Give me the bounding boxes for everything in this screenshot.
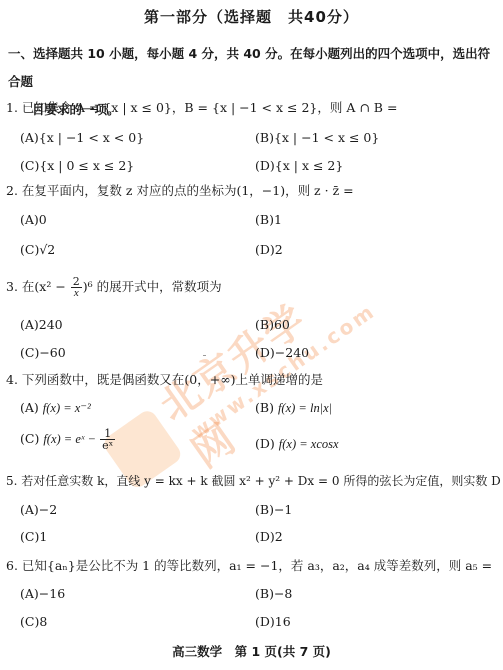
option-text: {x | 0 ≤ x ≤ 2} [39, 158, 134, 173]
option-text: f(x) = ln|x| [278, 401, 332, 415]
option-3b[interactable]: (B)60 [255, 315, 290, 335]
option-text: 240 [39, 317, 63, 332]
option-4b[interactable]: (B) f(x) = ln|x| [255, 398, 332, 418]
question-2: 2. 在复平面内，复数 z 对应的点的坐标为(1，−1)，则 z · z̄ = [6, 180, 501, 202]
option-2a[interactable]: (A)0 [20, 210, 47, 230]
option-label: (B) [255, 586, 274, 601]
fraction: 2x [71, 276, 82, 299]
option-text: −1 [274, 502, 292, 517]
question-stem-suffix: )⁶ 的展开式中，常数项为 [83, 279, 222, 294]
page-footer: 高三数学 第 1 页(共 7 页) [0, 642, 503, 660]
question-stem: 若对任意实数 k，直线 y = kx + k 截圆 x² + y² + Dx =… [21, 474, 503, 488]
option-5c[interactable]: (C)1 [20, 527, 47, 547]
option-2c[interactable]: (C)√2 [20, 240, 55, 260]
option-label: (A) [20, 400, 39, 415]
option-label: (A) [20, 586, 39, 601]
question-stem: 已知{aₙ}是公比不为 1 的等比数列，a₁ = −1，若 a₃，a₂，a₄ 成… [22, 558, 492, 573]
option-5d[interactable]: (D)2 [255, 527, 283, 547]
option-6d[interactable]: (D)16 [255, 612, 291, 632]
option-label: (C) [20, 242, 39, 257]
question-3: 3. 在(x² − 2x)⁶ 的展开式中，常数项为 [6, 272, 501, 302]
question-1: 1. 已知集合 A = {x | x ≤ 0}，B = {x | −1 < x … [6, 97, 501, 119]
option-4a[interactable]: (A) f(x) = x⁻² [20, 398, 91, 418]
option-6c[interactable]: (C)8 [20, 612, 47, 632]
option-label: (C) [20, 345, 39, 360]
question-4: 4. 下列函数中，既是偶函数又在(0，+∞)上单调递增的是 [6, 369, 501, 391]
option-text: −8 [274, 586, 292, 601]
option-1b[interactable]: (B){x | −1 < x ≤ 0} [255, 128, 379, 148]
question-number: 2. [6, 183, 18, 198]
option-1d[interactable]: (D){x | x ≤ 2} [255, 156, 343, 176]
option-text: 16 [275, 614, 291, 629]
section-title: 第一部分（选择题 共40分） [0, 6, 503, 27]
fraction-denominator: x [71, 288, 82, 299]
question-stem: 已知集合 A = {x | x ≤ 0}，B = {x | −1 < x ≤ 2… [22, 100, 398, 115]
option-3a[interactable]: (A)240 [20, 315, 63, 335]
option-label: (C) [20, 614, 39, 629]
option-label: (D) [255, 158, 275, 173]
option-1a[interactable]: (A){x | −1 < x < 0} [20, 128, 144, 148]
option-label: (B) [255, 130, 274, 145]
question-stem-prefix: 在(x² − [22, 279, 70, 294]
option-text: {x | −1 < x < 0} [39, 130, 144, 145]
option-text: 1 [274, 212, 282, 227]
option-label: (A) [20, 317, 39, 332]
option-5b[interactable]: (B)−1 [255, 500, 292, 520]
question-stem: 下列函数中，既是偶函数又在(0，+∞)上单调递增的是 [22, 372, 323, 387]
question-number: 4. [6, 372, 18, 387]
question-stem: 在复平面内，复数 z 对应的点的坐标为(1，−1)，则 z · z̄ = [22, 183, 354, 198]
option-text: f(x) = x⁻² [43, 401, 91, 415]
option-text: 0 [39, 212, 47, 227]
option-label: (D) [255, 436, 275, 451]
option-label: (B) [255, 400, 274, 415]
option-text: {x | −1 < x ≤ 0} [274, 130, 379, 145]
option-text: {x | x ≤ 2} [275, 158, 344, 173]
question-number: 5. [6, 474, 17, 488]
option-label: (C) [20, 529, 39, 544]
option-text: f(x) = eˣ − [43, 432, 99, 446]
option-label: (C) [20, 158, 39, 173]
option-6a[interactable]: (A)−16 [20, 584, 65, 604]
option-label: (B) [255, 317, 274, 332]
option-5a[interactable]: (A)−2 [20, 500, 57, 520]
option-6b[interactable]: (B)−8 [255, 584, 292, 604]
option-1c[interactable]: (C){x | 0 ≤ x ≤ 2} [20, 156, 134, 176]
question-5: 5. 若对任意实数 k，直线 y = kx + k 截圆 x² + y² + D… [6, 470, 501, 492]
option-label: (D) [255, 529, 275, 544]
option-2d[interactable]: (D)2 [255, 240, 283, 260]
option-label: (B) [255, 212, 274, 227]
option-text: −16 [39, 586, 65, 601]
option-2b[interactable]: (B)1 [255, 210, 282, 230]
fraction: 1eˣ [100, 428, 115, 451]
option-text: f(x) = xcosx [279, 437, 339, 451]
option-label: (D) [255, 614, 275, 629]
option-label: (D) [255, 345, 275, 360]
question-number: 3. [6, 279, 18, 294]
option-label: (D) [255, 242, 275, 257]
exam-page: 北京升学网 www.xschu.com 第一部分（选择题 共40分） 一、选择题… [0, 0, 503, 670]
option-text: √2 [39, 242, 55, 257]
option-4c[interactable]: (C) f(x) = eˣ − 1eˣ [20, 428, 116, 451]
stray-mark [203, 355, 206, 356]
option-text: 1 [39, 529, 47, 544]
option-label: (C) [20, 431, 39, 446]
option-text: −2 [39, 502, 57, 517]
option-3c[interactable]: (C)−60 [20, 343, 66, 363]
option-3d[interactable]: (D)−240 [255, 343, 309, 363]
option-text: 2 [275, 529, 283, 544]
option-label: (A) [20, 130, 39, 145]
option-text: 60 [274, 317, 290, 332]
option-label: (A) [20, 502, 39, 517]
question-number: 6. [6, 558, 18, 573]
option-text: −60 [39, 345, 65, 360]
question-6: 6. 已知{aₙ}是公比不为 1 的等比数列，a₁ = −1，若 a₃，a₂，a… [6, 555, 501, 577]
option-label: (A) [20, 212, 39, 227]
question-number: 1. [6, 100, 18, 115]
option-text: −240 [275, 345, 309, 360]
instructions-line-1: 一、选择题共 10 小题，每小题 4 分，共 40 分。在每小题列出的四个选项中… [8, 46, 490, 89]
option-label: (B) [255, 502, 274, 517]
option-4d[interactable]: (D) f(x) = xcosx [255, 434, 339, 454]
fraction-denominator: eˣ [100, 440, 115, 451]
option-text: 8 [39, 614, 47, 629]
option-text: 2 [275, 242, 283, 257]
